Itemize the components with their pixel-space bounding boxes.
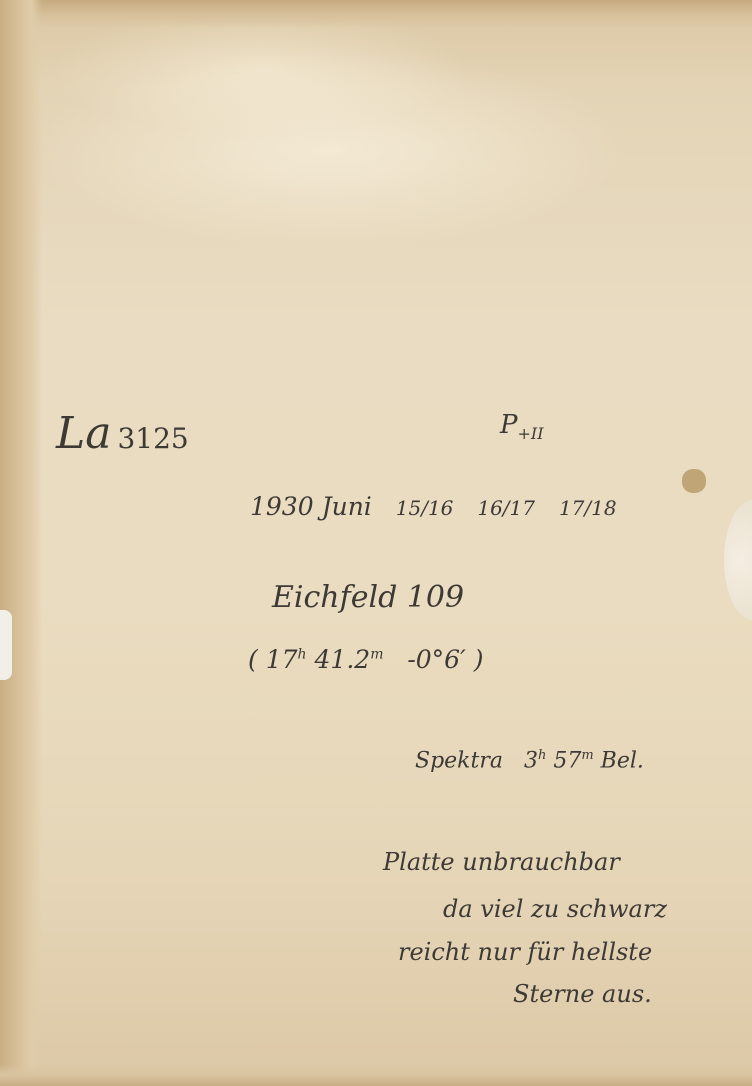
paper-tear — [0, 610, 12, 680]
coord-ra-hours: 17 — [266, 645, 298, 674]
remark-line-3: reicht nur für hellste — [398, 938, 652, 966]
remark-line-4: Sterne aus. — [513, 980, 652, 1008]
exposure-minutes-unit: m — [581, 748, 593, 763]
coord-dec: -0°6′ — [407, 645, 465, 674]
coord-ra-minutes-unit: m — [370, 647, 383, 663]
night-1: 15/16 — [396, 496, 454, 520]
stain-mark — [682, 469, 706, 493]
coord-ra-hours-unit: h — [298, 647, 307, 663]
remark-line-1: Platte unbrauchbar — [383, 848, 620, 876]
filter-sub: +II — [518, 424, 544, 443]
catalog-prefix: La — [56, 408, 111, 459]
catalog-id: La3125 — [56, 408, 189, 459]
catalog-number: 3125 — [117, 422, 188, 455]
exposure-minutes: 57 — [553, 748, 581, 773]
plate-envelope — [0, 0, 752, 1086]
exposure-suffix: Bel. — [601, 748, 644, 773]
filter-main: P — [500, 410, 518, 440]
coord-close-paren: ) — [474, 645, 484, 674]
envelope-bottom-edge — [0, 1064, 752, 1086]
envelope-left-edge — [0, 0, 42, 1086]
field-coordinates: ( 17h 41.2m -0°6′ ) — [248, 645, 483, 674]
envelope-top-edge — [0, 0, 752, 28]
observation-date: 1930 Juni 15/16 16/17 17/18 — [250, 492, 617, 521]
exposure-line: Spektra 3h 57m Bel. — [415, 748, 644, 773]
date-month: Juni — [322, 492, 372, 521]
filter-code: P+II — [500, 410, 544, 443]
night-3: 17/18 — [559, 496, 617, 520]
exposure-label: Spektra — [415, 748, 503, 773]
field-name: Eichfeld 109 — [272, 580, 464, 615]
night-2: 16/17 — [477, 496, 535, 520]
coord-open-paren: ( — [248, 645, 258, 674]
remark-line-2: da viel zu schwarz — [443, 895, 667, 923]
date-year: 1930 — [250, 492, 314, 521]
coord-ra-minutes: 41.2 — [315, 645, 371, 674]
exposure-hours: 3 — [524, 748, 538, 773]
exposure-hours-unit: h — [538, 748, 546, 763]
